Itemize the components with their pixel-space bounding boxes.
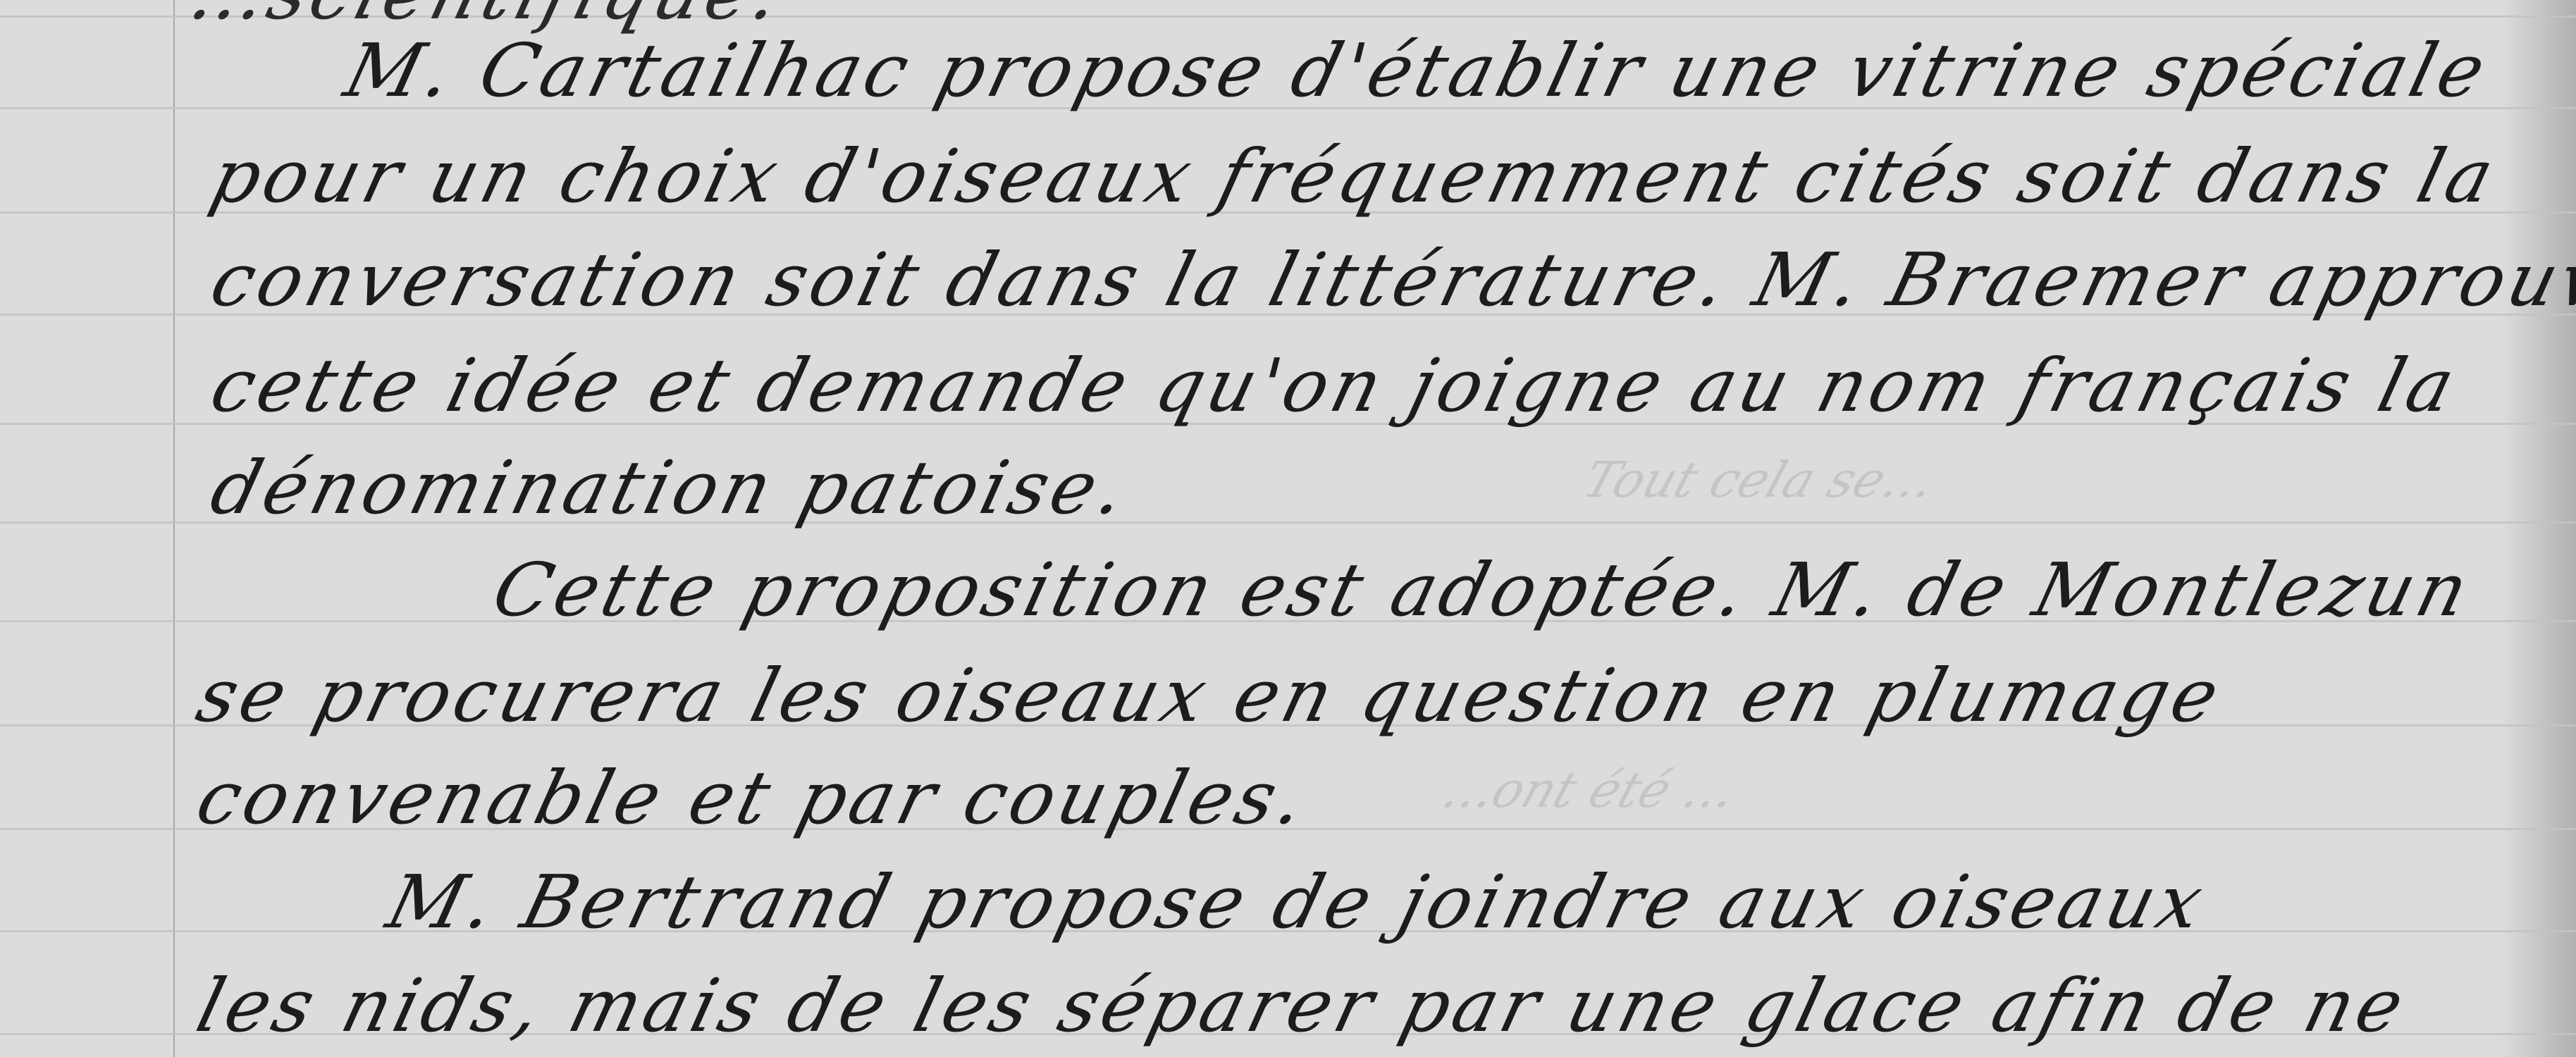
bleed-through-text: Tout cela se… bbox=[1577, 451, 1943, 509]
manuscript-line: se procurera les oiseaux en question en … bbox=[190, 659, 2230, 732]
manuscript-line: convenable et par couples. bbox=[190, 761, 1316, 834]
manuscript-line: M. Cartailhac propose d'établir une vitr… bbox=[338, 34, 2496, 107]
manuscript-line: cette idée et demande qu'on joigne au no… bbox=[204, 349, 2465, 422]
manuscript-page: Tout cela se… …ont été … …scientifique. … bbox=[0, 0, 2576, 1057]
manuscript-line: pour un choix d'oiseaux fréquemment cité… bbox=[204, 140, 2504, 213]
manuscript-line: Cette proposition est adoptée. M. de Mon… bbox=[486, 553, 2479, 626]
bleed-through-text: …ont été … bbox=[1436, 761, 1744, 819]
manuscript-line: les nids, mais de les séparer par une gl… bbox=[190, 969, 2415, 1042]
manuscript-line: conversation soit dans la littérature. M… bbox=[204, 243, 2576, 316]
manuscript-line: M. Bertrand propose de joindre aux oisea… bbox=[381, 865, 2214, 939]
manuscript-line-partial-top: …scientifique. bbox=[183, 0, 791, 30]
left-margin-rule bbox=[173, 0, 175, 1057]
manuscript-line: dénomination patoise. bbox=[204, 451, 1136, 524]
